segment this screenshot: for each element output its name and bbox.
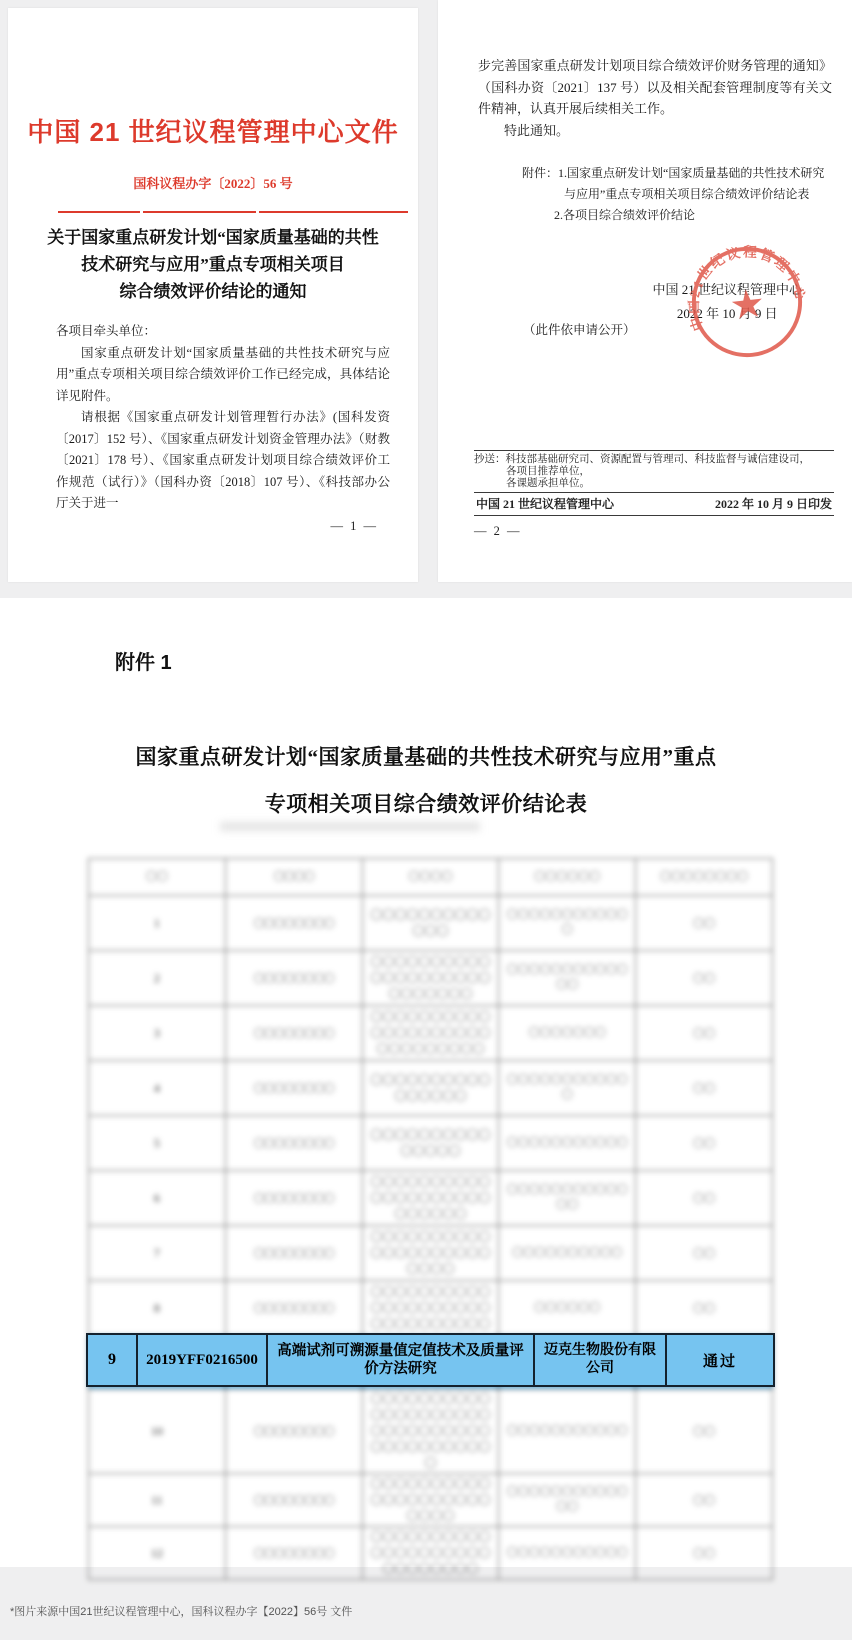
notice-statement: 特此通知。 [478,120,832,142]
table-header-row: 〇〇〇〇〇〇〇〇〇〇〇〇〇〇〇〇〇〇〇〇〇〇〇〇 [89,859,773,896]
attachment-label: 附件 1 [115,646,172,675]
cell-title: 〇〇〇〇〇〇〇〇〇〇〇〇〇〇〇〇〇〇〇〇〇〇〇〇〇〇 [362,1171,499,1226]
attachment-list: 附件：1.国家重点研发计划“国家质量基础的共性技术研究 与应用”重点专项相关项目… [478,163,832,226]
highlight-project-code: 2019YFF0216500 [138,1335,268,1385]
table-row: 5〇〇〇〇〇〇〇〇〇〇〇〇〇〇〇〇〇〇〇〇〇〇〇〇〇〇〇〇〇〇〇〇〇〇〇〇 [89,1116,773,1171]
cell-seq: 11 [89,1474,226,1527]
official-red-seal: 中国21世纪议程管理中心 ★ [682,237,812,367]
page-number-1: — 1 — [331,519,379,534]
red-letterhead-title: 中国 21 世纪议程管理中心文件 [8,112,418,149]
cell-title: 〇〇〇〇〇〇〇〇〇〇〇〇〇〇〇〇〇〇〇〇〇〇〇〇〇〇〇〇〇〇〇〇〇〇〇〇〇〇〇〇… [362,1389,499,1474]
image-source-footnote: *图片来源中国21世纪议程管理中心，国科议程办字【2022】56号 文件 [10,1603,352,1619]
red-line-segment [143,211,256,213]
cell-title: 〇〇〇〇〇〇〇〇〇〇〇〇〇〇〇〇〇〇〇〇〇〇〇〇〇〇〇 [362,951,499,1006]
cc-line: 各项目推荐单位， [474,466,834,478]
cell-title: 〇〇〇〇〇〇〇〇〇〇〇〇〇〇〇〇〇〇〇〇〇〇〇〇 [362,1474,499,1527]
table-header-cell: 〇〇〇〇〇〇 [499,859,636,896]
disclosure-note: （此件依申请公开） [523,320,636,338]
table-header-cell: 〇〇〇〇〇〇〇〇 [636,859,773,896]
cell-code: 〇〇〇〇〇〇〇〇 [225,1116,362,1171]
cell-title: 〇〇〇〇〇〇〇〇〇〇〇〇〇〇〇〇〇〇〇〇〇〇〇〇〇〇〇〇〇 [362,1006,499,1061]
highlight-seq: 9 [88,1335,138,1385]
cell-seq: 8 [89,1281,226,1336]
cell-unit: 〇〇〇〇〇〇 [499,1281,636,1336]
cell-result: 〇〇 [636,951,773,1006]
table-row: 6〇〇〇〇〇〇〇〇〇〇〇〇〇〇〇〇〇〇〇〇〇〇〇〇〇〇〇〇〇〇〇〇〇〇〇〇〇〇〇… [89,1171,773,1226]
body-paragraph: 步完善国家重点研发计划项目综合绩效评价财务管理的通知》（国科办资〔2021〕13… [478,55,832,120]
body-paragraph: 国家重点研发计划“国家质量基础的共性技术研究与应用”重点专项相关项目综合绩效评价… [56,343,390,408]
table-row: 4〇〇〇〇〇〇〇〇〇〇〇〇〇〇〇〇〇〇〇〇〇〇〇〇〇〇〇〇〇〇〇〇〇〇〇〇〇〇 [89,1061,773,1116]
cell-seq: 6 [89,1171,226,1226]
cell-title: 〇〇〇〇〇〇〇〇〇〇〇〇〇〇〇〇〇〇〇〇〇〇〇〇〇〇〇〇 [362,1527,499,1580]
page2-body: 步完善国家重点研发计划项目综合绩效评价财务管理的通知》（国科办资〔2021〕13… [478,55,832,226]
page2-footer: 抄送：科技部基础研究司、资源配置与管理司、科技监督与诚信建设司， 各项目推荐单位… [474,450,834,539]
highlight-project-name: 高端试剂可溯源量值定值技术及质量评价方法研究 [268,1335,535,1385]
table-header-cell: 〇〇〇〇 [362,859,499,896]
cell-title: 〇〇〇〇〇〇〇〇〇〇〇〇〇 [362,896,499,951]
attachment-title-line: 国家重点研发计划“国家质量基础的共性技术研究与应用”重点 [0,734,852,781]
cell-unit: 〇〇〇〇〇〇〇〇〇〇〇 [499,1389,636,1474]
screenshot-stage: 中国 21 世纪议程管理中心文件 国科议程办字〔2022〕56 号 关于国家重点… [0,0,852,1640]
notice-title-line: 关于国家重点研发计划“国家质量基础的共性 [8,224,418,251]
results-table-blurred: 〇〇〇〇〇〇〇〇〇〇〇〇〇〇〇〇〇〇〇〇〇〇〇〇1〇〇〇〇〇〇〇〇〇〇〇〇〇〇〇… [88,858,773,1580]
cell-code: 〇〇〇〇〇〇〇〇 [225,1527,362,1580]
table-row: 3〇〇〇〇〇〇〇〇〇〇〇〇〇〇〇〇〇〇〇〇〇〇〇〇〇〇〇〇〇〇〇〇〇〇〇〇〇〇〇… [89,1006,773,1061]
cell-code: 〇〇〇〇〇〇〇〇 [225,896,362,951]
cell-seq: 1 [89,896,226,951]
cell-result: 〇〇 [636,1116,773,1171]
cell-code: 〇〇〇〇〇〇〇〇 [225,1226,362,1281]
cell-unit: 〇〇〇〇〇〇〇〇〇〇 [499,1226,636,1281]
cell-result: 〇〇 [636,1171,773,1226]
body-paragraph: 请根据《国家重点研发计划管理暂行办法》(国科发资〔2017〕152 号）、《国家… [56,407,390,515]
cell-code: 〇〇〇〇〇〇〇〇 [225,1006,362,1061]
notice-title-line: 技术研究与应用”重点专项相关项目 [8,251,418,278]
cell-unit: 〇〇〇〇〇〇〇〇〇〇〇 [499,1527,636,1580]
cell-seq: 12 [89,1527,226,1580]
red-divider-line [58,211,408,213]
document-page-1: 中国 21 世纪议程管理中心文件 国科议程办字〔2022〕56 号 关于国家重点… [8,8,418,582]
table-row: 8〇〇〇〇〇〇〇〇〇〇〇〇〇〇〇〇〇〇〇〇〇〇〇〇〇〇〇〇〇〇〇〇〇〇〇〇〇〇〇… [89,1281,773,1336]
cell-unit: 〇〇〇〇〇〇〇〇〇〇〇〇〇 [499,1171,636,1226]
issuing-row: 中国 21 世纪议程管理中心 2022 年 10 月 9 日印发 [474,493,834,516]
attachment-item: 附件：1.国家重点研发计划“国家质量基础的共性技术研究 [478,163,832,184]
attachment-item: 与应用”重点专项相关项目综合绩效评价结论表 [478,184,832,205]
highlight-lead-organization: 迈克生物股份有限公司 [535,1335,667,1385]
cell-code: 〇〇〇〇〇〇〇〇 [225,1061,362,1116]
cell-unit: 〇〇〇〇〇〇〇〇〇〇〇 [499,1116,636,1171]
cell-result: 〇〇 [636,1006,773,1061]
highlighted-row-9: 9 2019YFF0216500 高端试剂可溯源量值定值技术及质量评价方法研究 … [86,1333,775,1387]
cell-result: 〇〇 [636,1061,773,1116]
cell-result: 〇〇 [636,896,773,951]
cell-result: 〇〇 [636,1281,773,1336]
cell-unit: 〇〇〇〇〇〇〇 [499,1006,636,1061]
issuing-organization: 中国 21 世纪议程管理中心 [476,495,614,512]
cell-result: 〇〇 [636,1389,773,1474]
cell-code: 〇〇〇〇〇〇〇〇 [225,951,362,1006]
document-page-2: 步完善国家重点研发计划项目综合绩效评价财务管理的通知》（国科办资〔2021〕13… [438,0,852,582]
attachment-item: 2.各项目综合绩效评价结论 [478,205,832,226]
cell-seq: 7 [89,1226,226,1281]
cell-result: 〇〇 [636,1226,773,1281]
cell-unit: 〇〇〇〇〇〇〇〇〇〇〇〇〇 [499,951,636,1006]
cc-block: 抄送：科技部基础研究司、资源配置与管理司、科技监督与诚信建设司， 各项目推荐单位… [474,450,834,493]
attachment-title-line: 专项相关项目综合绩效评价结论表 [0,781,852,828]
results-table-wrap: 〇〇〇〇〇〇〇〇〇〇〇〇〇〇〇〇〇〇〇〇〇〇〇〇1〇〇〇〇〇〇〇〇〇〇〇〇〇〇〇… [88,858,773,1580]
cell-code: 〇〇〇〇〇〇〇〇 [225,1474,362,1527]
table-row: 12〇〇〇〇〇〇〇〇〇〇〇〇〇〇〇〇〇〇〇〇〇〇〇〇〇〇〇〇〇〇〇〇〇〇〇〇〇〇… [89,1527,773,1580]
attachment-panel: 附件 1 国家重点研发计划“国家质量基础的共性技术研究与应用”重点 专项相关项目… [0,598,852,1567]
red-line-segment [259,211,408,213]
table-row: 2〇〇〇〇〇〇〇〇〇〇〇〇〇〇〇〇〇〇〇〇〇〇〇〇〇〇〇〇〇〇〇〇〇〇〇〇〇〇〇… [89,951,773,1006]
table-row: 10〇〇〇〇〇〇〇〇〇〇〇〇〇〇〇〇〇〇〇〇〇〇〇〇〇〇〇〇〇〇〇〇〇〇〇〇〇〇… [89,1389,773,1474]
cell-code: 〇〇〇〇〇〇〇〇 [225,1171,362,1226]
highlight-evaluation-result: 通过 [667,1335,773,1385]
attachment-table-title: 国家重点研发计划“国家质量基础的共性技术研究与应用”重点 专项相关项目综合绩效评… [0,734,852,828]
cell-seq: 10 [89,1389,226,1474]
red-line-segment [58,211,140,213]
notice-title-line: 综合绩效评价结论的通知 [8,278,418,305]
table-header-cell: 〇〇〇〇 [225,859,362,896]
cell-title: 〇〇〇〇〇〇〇〇〇〇〇〇〇〇〇〇〇〇〇〇〇〇〇〇 [362,1226,499,1281]
page1-body: 各项目牵头单位： 国家重点研发计划“国家质量基础的共性技术研究与应用”重点专项相… [56,321,390,515]
cell-seq: 3 [89,1006,226,1061]
cell-seq: 5 [89,1116,226,1171]
cell-result: 〇〇 [636,1527,773,1580]
cell-seq: 2 [89,951,226,1006]
cell-title: 〇〇〇〇〇〇〇〇〇〇〇〇〇〇〇〇〇〇〇〇〇〇〇〇〇〇〇〇〇〇 [362,1281,499,1336]
issuing-date: 2022 年 10 月 9 日印发 [715,495,832,512]
table-row: 1〇〇〇〇〇〇〇〇〇〇〇〇〇〇〇〇〇〇〇〇〇〇〇〇〇〇〇〇〇〇〇〇〇〇〇 [89,896,773,951]
seal-star-icon: ★ [727,281,767,328]
cell-result: 〇〇 [636,1474,773,1527]
salutation: 各项目牵头单位： [56,321,390,343]
blurred-artifact [220,822,480,831]
cc-line: 各课题承担单位。 [474,478,834,490]
cell-unit: 〇〇〇〇〇〇〇〇〇〇〇〇 [499,1061,636,1116]
cell-code: 〇〇〇〇〇〇〇〇 [225,1281,362,1336]
cell-title: 〇〇〇〇〇〇〇〇〇〇〇〇〇〇〇 [362,1116,499,1171]
table-row: 7〇〇〇〇〇〇〇〇〇〇〇〇〇〇〇〇〇〇〇〇〇〇〇〇〇〇〇〇〇〇〇〇〇〇〇〇〇〇〇… [89,1226,773,1281]
cell-unit: 〇〇〇〇〇〇〇〇〇〇〇〇〇 [499,1474,636,1527]
cell-seq: 4 [89,1061,226,1116]
cc-line: 抄送：科技部基础研究司、资源配置与管理司、科技监督与诚信建设司， [474,454,834,466]
cell-code: 〇〇〇〇〇〇〇〇 [225,1389,362,1474]
table-row: 11〇〇〇〇〇〇〇〇〇〇〇〇〇〇〇〇〇〇〇〇〇〇〇〇〇〇〇〇〇〇〇〇〇〇〇〇〇〇… [89,1474,773,1527]
cell-unit: 〇〇〇〇〇〇〇〇〇〇〇〇 [499,896,636,951]
document-number: 国科议程办字〔2022〕56 号 [8,173,418,192]
cell-title: 〇〇〇〇〇〇〇〇〇〇〇〇〇〇〇〇 [362,1061,499,1116]
notice-title: 关于国家重点研发计划“国家质量基础的共性 技术研究与应用”重点专项相关项目 综合… [8,224,418,305]
table-header-cell: 〇〇 [89,859,226,896]
page-number-2: — 2 — [474,524,834,539]
